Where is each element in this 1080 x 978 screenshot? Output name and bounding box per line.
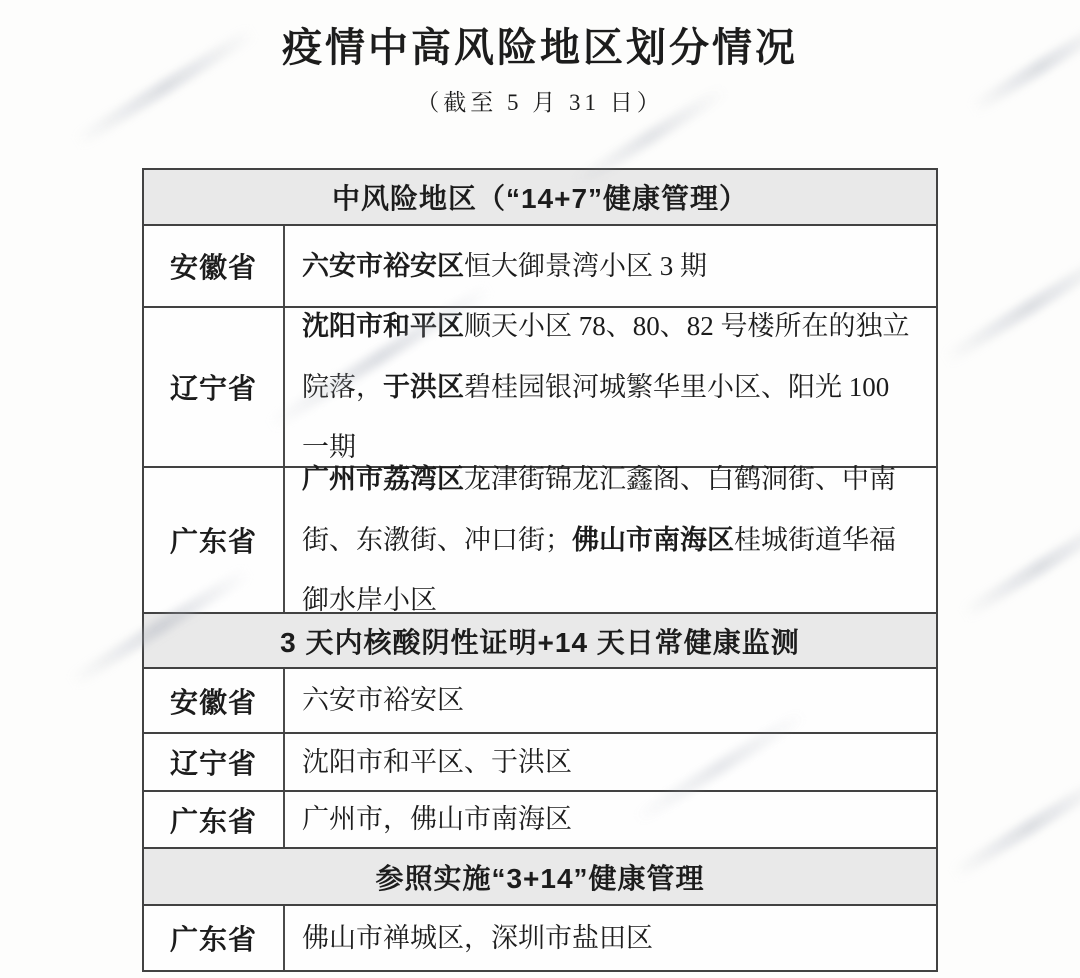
province-cell: 广东省 bbox=[144, 906, 285, 970]
section-header-reference-3-14: 参照实施“3+14”健康管理 bbox=[144, 847, 936, 904]
area-cell: 广州市荔湾区龙津街锦龙汇鑫阁、白鹤洞街、中南街、东漖街、冲口街；佛山市南海区桂城… bbox=[285, 468, 936, 612]
province-cell: 广东省 bbox=[144, 468, 285, 612]
district-name-bold: 广州市荔湾区 bbox=[302, 464, 464, 494]
area-cell: 沈阳市和平区顺天小区 78、80、82 号楼所在的独立院落，于洪区碧桂园银河城繁… bbox=[285, 308, 936, 466]
table-row: 广东省 广州市荔湾区龙津街锦龙汇鑫阁、白鹤洞街、中南街、东漖街、冲口街；佛山市南… bbox=[144, 466, 936, 612]
province-cell: 安徽省 bbox=[144, 226, 285, 306]
table-row: 广东省 佛山市禅城区，深圳市盐田区 bbox=[144, 904, 936, 970]
area-text: 沈阳市和平区、于洪区 bbox=[302, 747, 572, 777]
province-cell: 辽宁省 bbox=[144, 308, 285, 466]
watermark-decoration bbox=[950, 773, 1080, 880]
watermark-decoration bbox=[941, 248, 1080, 366]
area-cell: 六安市裕安区 bbox=[285, 669, 936, 732]
table-row: 辽宁省 沈阳市和平区、于洪区 bbox=[144, 732, 936, 790]
area-cell: 沈阳市和平区、于洪区 bbox=[285, 734, 936, 790]
district-name-bold: 六安市裕安区 bbox=[302, 251, 464, 281]
area-cell: 佛山市禅城区，深圳市盐田区 bbox=[285, 906, 936, 970]
table-row: 安徽省 六安市裕安区 bbox=[144, 667, 936, 732]
area-text: 恒大御景湾小区 3 期 bbox=[464, 251, 707, 281]
document-page: { "page": { "title": "疫情中高风险地区划分情况", "su… bbox=[0, 0, 1080, 978]
risk-table: 中风险地区（“14+7”健康管理） 安徽省 六安市裕安区恒大御景湾小区 3 期 … bbox=[142, 168, 938, 972]
district-name-bold: 沈阳市和平区 bbox=[302, 311, 464, 341]
province-cell: 辽宁省 bbox=[144, 734, 285, 790]
watermark-decoration bbox=[960, 513, 1080, 620]
section-header-medium-risk: 中风险地区（“14+7”健康管理） bbox=[144, 170, 936, 224]
page-title: 疫情中高风险地区划分情况 bbox=[0, 25, 1080, 71]
table-row: 辽宁省 沈阳市和平区顺天小区 78、80、82 号楼所在的独立院落，于洪区碧桂园… bbox=[144, 306, 936, 466]
area-cell: 六安市裕安区恒大御景湾小区 3 期 bbox=[285, 226, 936, 306]
district-name-bold: 佛山市南海区 bbox=[572, 525, 734, 555]
district-name-bold: 于洪区 bbox=[383, 372, 464, 402]
page-subtitle: （截至 5 月 31 日） bbox=[0, 87, 1080, 119]
table-row: 广东省 广州市，佛山市南海区 bbox=[144, 790, 936, 847]
area-cell: 广州市，佛山市南海区 bbox=[285, 792, 936, 847]
province-cell: 广东省 bbox=[144, 792, 285, 847]
area-text: 六安市裕安区 bbox=[302, 685, 464, 715]
province-cell: 安徽省 bbox=[144, 669, 285, 732]
area-text: 广州市，佛山市南海区 bbox=[302, 804, 572, 834]
table-row: 安徽省 六安市裕安区恒大御景湾小区 3 期 bbox=[144, 224, 936, 306]
area-text: 佛山市禅城区，深圳市盐田区 bbox=[302, 923, 653, 953]
